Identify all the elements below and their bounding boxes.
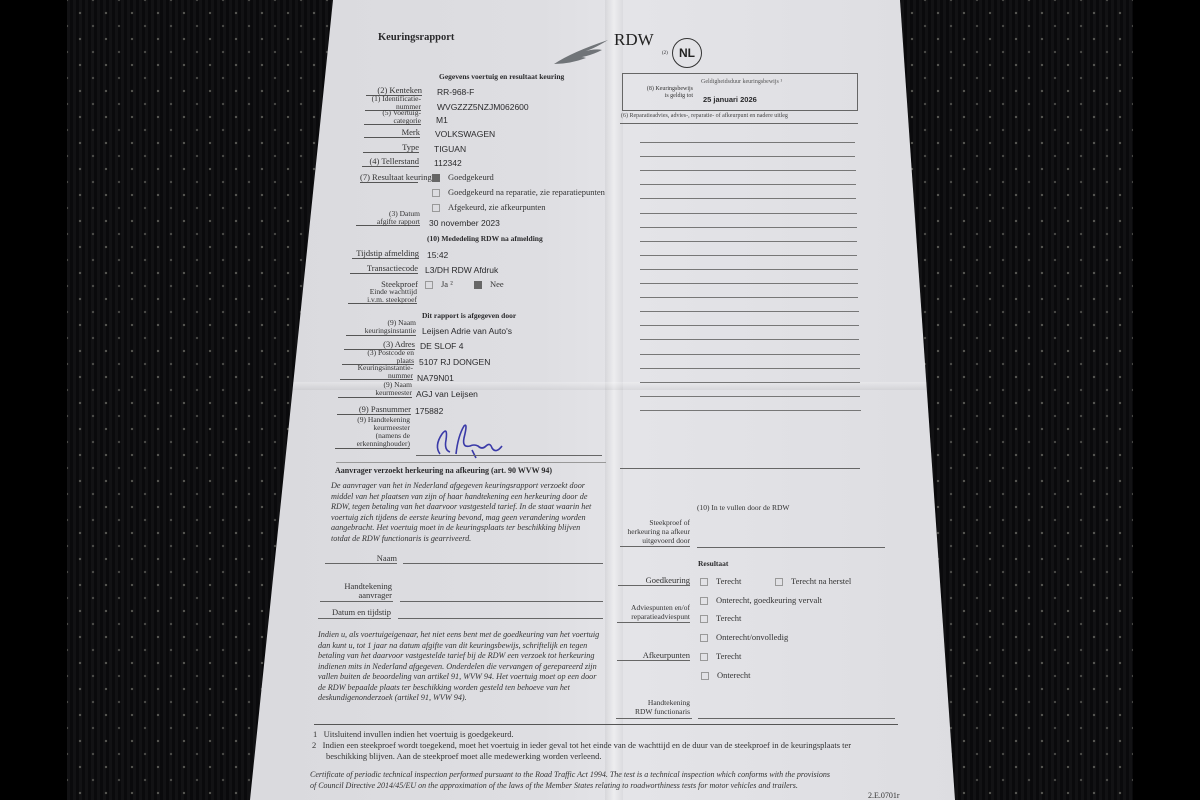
section-vehicle-heading: Gegevens voertuig en resultaat keuring	[439, 72, 564, 81]
afkeur-terecht[interactable]: Terecht	[700, 652, 741, 661]
repair-advice-line[interactable]	[640, 184, 856, 185]
rdw-logo-feather-icon	[552, 38, 610, 66]
afkeur-onterecht[interactable]: Onterecht	[701, 671, 751, 680]
resultaat-option-reparatie[interactable]: Goedgekeurd na reparatie, zie reparatiep…	[432, 188, 605, 197]
aanvrager-handtekening-label: Handtekeningaanvrager	[322, 582, 392, 600]
repair-advice-line[interactable]	[640, 410, 861, 411]
validity-heading: Geldigheidsduur keuringsbewijs ¹	[701, 79, 782, 85]
repair-advice-line[interactable]	[640, 156, 855, 157]
handtekening-rdw-field[interactable]	[698, 718, 895, 719]
checkbox-goedgekeurd[interactable]	[432, 174, 440, 182]
repair-advice-line[interactable]	[640, 297, 858, 298]
checkbox-steekproef-ja[interactable]	[425, 281, 433, 289]
keurmeester-label: (9) Naamkeurmeester	[338, 381, 412, 398]
aanvrager-handtekening-field[interactable]	[400, 601, 603, 602]
country-code-badge: NL	[672, 38, 702, 68]
categorie-value: M1	[436, 115, 448, 125]
pasnummer-label: (9) Pasnummer	[337, 405, 411, 415]
handtekening-keurmeester-label: (9) Handtekening keurmeester (namens de …	[335, 416, 410, 449]
repair-advice-line[interactable]	[640, 283, 858, 284]
owner-notice-text: Indien u, als voertuigeigenaar, het niet…	[318, 630, 600, 704]
repair-advice-line[interactable]	[640, 396, 860, 397]
checkbox-goedkeuring-onterecht[interactable]	[700, 597, 708, 605]
repair-advice-line[interactable]	[640, 241, 857, 242]
repair-advice-line[interactable]	[640, 227, 857, 228]
section-rdw-heading: (10) Mededeling RDW na afmelding	[427, 234, 543, 243]
repair-advice-line[interactable]	[640, 269, 858, 270]
repair-advice-line[interactable]	[640, 142, 855, 143]
goedkeuring-onterecht[interactable]: Onterecht, goedkeuring vervalt	[700, 596, 822, 605]
repair-advice-line[interactable]	[640, 311, 859, 312]
validity-label: (8) Keuringsbewijsis geldig tot	[623, 86, 693, 100]
resultaat-heading: Resultaat	[698, 559, 728, 568]
checkbox-afkeur-onterecht[interactable]	[701, 672, 709, 680]
checkbox-advies-terecht[interactable]	[700, 615, 708, 623]
footnote-2: 2 Indien een steekproef wordt toegekend,…	[312, 741, 851, 750]
handtekening-rdw-label: HandtekeningRDW functionaris	[617, 698, 690, 716]
instantienummer-label: Keuringsinstantie-nummer	[340, 364, 413, 380]
repair-advice-line[interactable]	[640, 339, 859, 340]
country-prefix: (2)	[662, 51, 668, 56]
section-issuer-heading: Dit rapport is afgegeven door	[422, 311, 516, 320]
steekproef-ja-option[interactable]: Ja ²	[425, 280, 453, 289]
naam-instantie-value: Leijsen Adrie van Auto's	[422, 326, 512, 336]
uitgevoerd-door-field[interactable]	[697, 547, 885, 548]
tijdstip-label: Tijdstip afmelding	[352, 249, 419, 259]
goedkeuring-label: Goedkeuring	[620, 576, 690, 585]
naam-instantie-label: (9) Naamkeuringsinstantie	[346, 319, 416, 336]
datum-tijdstip-field[interactable]	[398, 618, 603, 619]
uitgevoerd-door-label: Steekproef of herkeuring na afkeur uitge…	[620, 518, 690, 545]
merk-value: VOLKSWAGEN	[435, 129, 495, 139]
checkbox-goedkeuring-terecht-na-herstel[interactable]	[775, 578, 783, 586]
datum-tijdstip-label: Datum en tijdstip	[318, 608, 391, 617]
paper-fold-vertical	[605, 0, 623, 800]
goedkeuring-terecht-na-herstel[interactable]: Terecht na herstel	[775, 577, 851, 586]
adviespunten-label: Adviespunten en/ofreparatieadviespunt	[618, 603, 690, 621]
repair-advice-line[interactable]	[640, 198, 856, 199]
certificate-line-2: of Council Directive 2014/45/EU on the a…	[310, 781, 798, 790]
validity-box: Geldigheidsduur keuringsbewijs ¹ (8) Keu…	[622, 73, 858, 111]
merk-label: Merk	[364, 128, 420, 138]
datum-value: 30 november 2023	[429, 218, 500, 228]
steekproef-nee-option[interactable]: Nee	[474, 280, 504, 289]
footnote-1: 1 Uitsluitend invullen indien het voertu…	[313, 730, 514, 739]
resultaat-label: (7) Resultaat keuring	[360, 173, 418, 183]
repair-advice-line[interactable]	[640, 368, 860, 369]
aanvrager-naam-label: Naam	[327, 554, 397, 563]
checkbox-afkeur-terecht[interactable]	[700, 653, 708, 661]
repair-advice-line[interactable]	[640, 213, 857, 214]
advies-terecht[interactable]: Terecht	[700, 614, 741, 623]
postcode-value: 5107 RJ DONGEN	[419, 357, 490, 367]
datum-label: (3) Datumafgifte rapport	[356, 210, 420, 226]
categorie-label: (5) Voertuig-categorie	[364, 109, 421, 125]
advies-onterecht[interactable]: Onterecht/onvolledig	[700, 633, 788, 642]
tijdstip-value: 15:42	[427, 250, 448, 260]
rdw-box-heading: (10) In te vullen door de RDW	[697, 503, 789, 512]
herkeuring-text: De aanvrager van het in Nederland afgege…	[331, 481, 599, 544]
checkbox-advies-onterecht[interactable]	[700, 634, 708, 642]
repair-advice-line[interactable]	[640, 255, 857, 256]
transactiecode-label: Transactiecode	[350, 264, 418, 274]
type-label: Type	[363, 143, 419, 153]
aanvrager-naam-field[interactable]	[403, 563, 603, 564]
type-value: TIGUAN	[434, 144, 466, 154]
footnote-2-continued: beschikking blijven. Aan de steekproef m…	[326, 752, 601, 761]
transactiecode-value: L3/DH RDW Afdruk	[425, 265, 498, 275]
resultaat-option-goedgekeurd[interactable]: Goedgekeurd	[432, 173, 494, 182]
repair-advice-line[interactable]	[640, 325, 859, 326]
repair-advice-line[interactable]	[640, 170, 856, 171]
keurmeester-signature-icon	[430, 420, 510, 460]
rdw-wordmark: RDW	[614, 30, 654, 50]
repair-advice-line[interactable]	[640, 382, 860, 383]
repair-advice-heading: (6) Reparatieadvies, advies-, reparatie-…	[621, 113, 788, 119]
keurmeester-value: AGJ van Leijsen	[416, 389, 478, 399]
adres-value: DE SLOF 4	[420, 341, 463, 351]
identificatie-value: WVGZZZ5NZJM062600	[437, 102, 529, 112]
wachttijd-label: Einde wachttijdi.v.m. steekproef	[348, 288, 417, 304]
tellerstand-label: (4) Tellerstand	[362, 157, 419, 167]
checkbox-goedgekeurd-na-reparatie[interactable]	[432, 189, 440, 197]
validity-date: 25 januari 2026	[703, 95, 757, 104]
resultaat-option-afgekeurd[interactable]: Afgekeurd, zie afkeurpunten	[432, 203, 545, 212]
kenteken-value: RR-968-F	[437, 87, 474, 97]
repair-advice-line[interactable]	[640, 354, 860, 355]
tellerstand-value: 112342	[434, 158, 462, 168]
checkbox-steekproef-nee[interactable]	[474, 281, 482, 289]
goedkeuring-terecht[interactable]: Terecht	[700, 577, 741, 586]
checkbox-goedkeuring-terecht[interactable]	[700, 578, 708, 586]
checkbox-afgekeurd[interactable]	[432, 204, 440, 212]
afkeurpunten-label: Afkeurpunten	[617, 651, 690, 660]
document-title: Keuringsrapport	[378, 32, 454, 43]
form-code: 2.E.0701r	[868, 791, 900, 800]
pasnummer-value: 175882	[415, 406, 443, 416]
herkeuring-heading: Aanvrager verzoekt herkeuring na afkeuri…	[335, 466, 552, 475]
certificate-line-1: Certificate of periodic technical inspec…	[310, 770, 830, 779]
instantienummer-value: NA79N01	[417, 373, 454, 383]
